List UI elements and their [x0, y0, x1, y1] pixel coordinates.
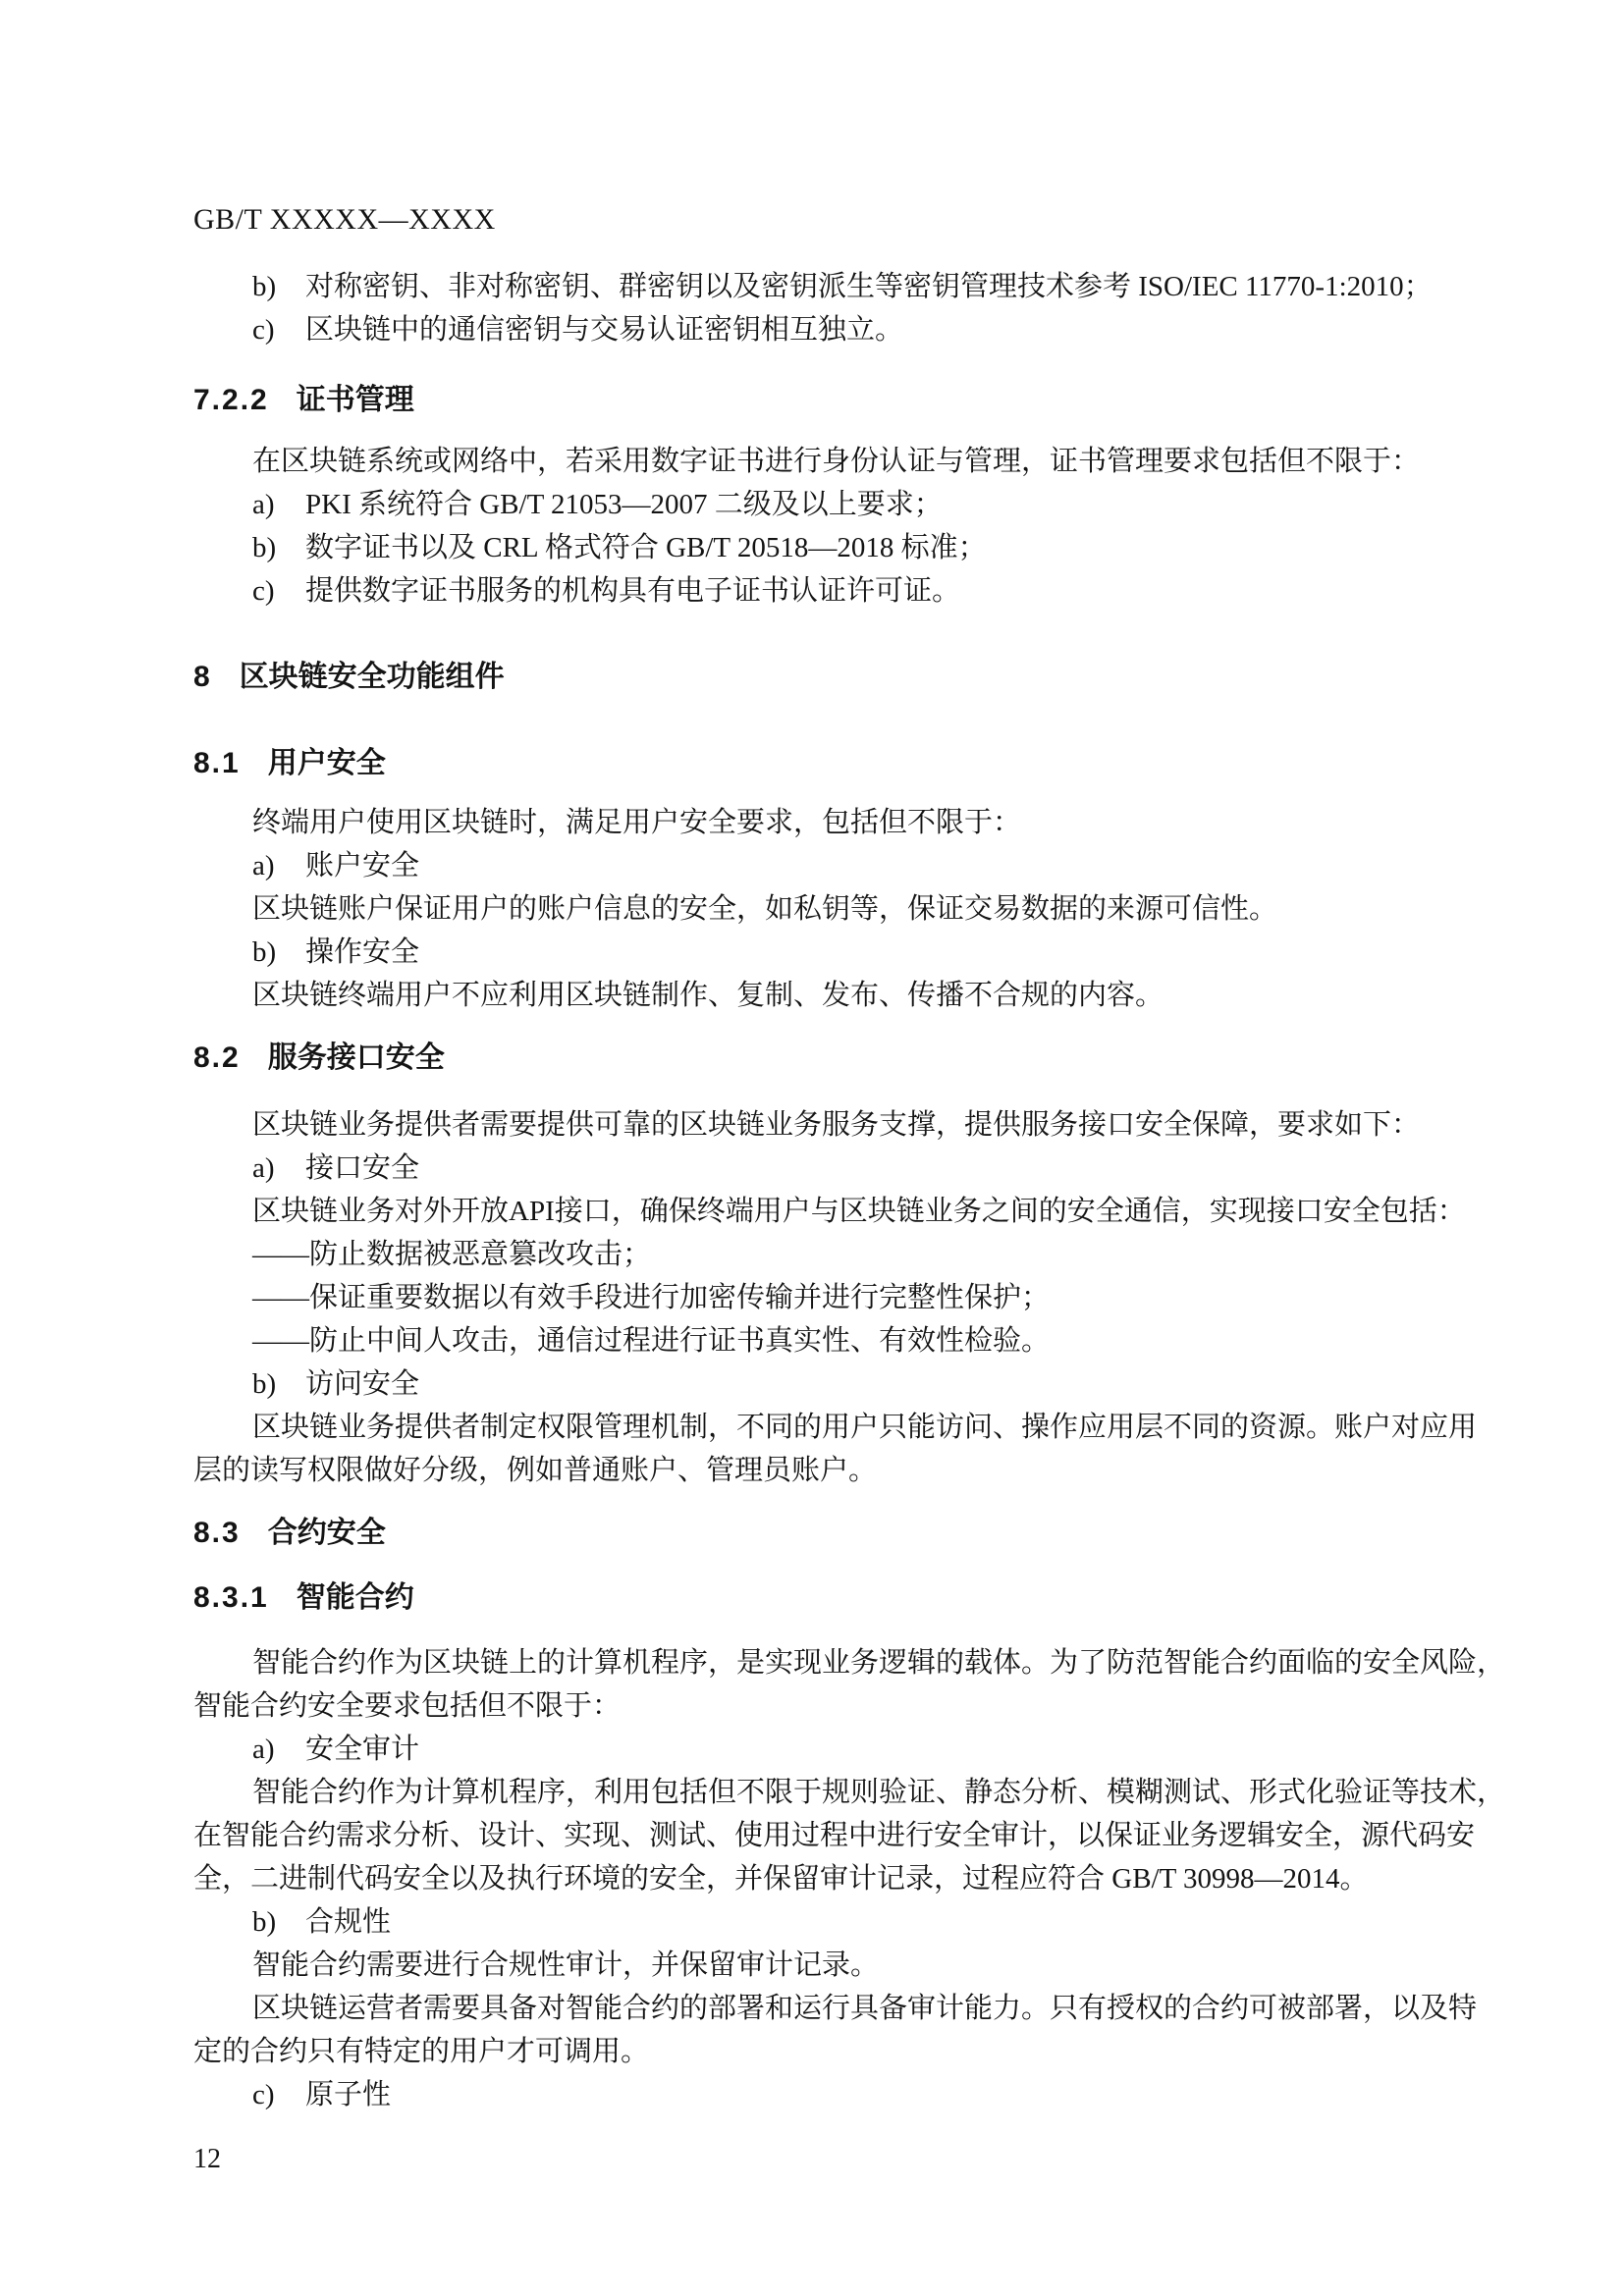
list-item-marker: a) [252, 1728, 305, 1771]
section-number: 8.3.1 [193, 1576, 269, 1620]
paragraph-line: 在智能合约需求分析、设计、实现、测试、使用过程中进行安全审计，以保证业务逻辑安全… [193, 1814, 1457, 1857]
list-item-text: 原子性 [305, 2079, 391, 2110]
paragraph-line: 区块链终端用户不应利用区块链制作、复制、发布、传播不合规的内容。 [193, 974, 1457, 1017]
paragraph-line: 智能合约需要进行合规性审计，并保留审计记录。 [193, 1944, 1457, 1987]
paragraph-line: 智能合约作为计算机程序，利用包括但不限于规则验证、静态分析、模糊测试、形式化验证… [193, 1771, 1457, 1814]
list-item: a)PKI 系统符合 GB/T 21053—2007 二级及以上要求； [193, 483, 1457, 526]
section-heading-7-2-2: 7.2.2证书管理 [193, 379, 1457, 422]
section-number: 8.2 [193, 1037, 241, 1080]
dash-list-item: ——保证重要数据以有效手段进行加密传输并进行完整性保护； [193, 1276, 1457, 1319]
section-number: 8.1 [193, 742, 241, 785]
section-heading-8-1: 8.1用户安全 [193, 742, 1457, 785]
paragraph-line: 区块链账户保证用户的账户信息的安全，如私钥等，保证交易数据的来源可信性。 [193, 887, 1457, 931]
list-item-text: 安全审计 [305, 1734, 419, 1765]
section-heading-8-3-1: 8.3.1智能合约 [193, 1576, 1457, 1620]
list-item-marker: c) [252, 2073, 305, 2116]
paragraph-line: 在区块链系统或网络中，若采用数字证书进行身份认证与管理，证书管理要求包括但不限于… [193, 440, 1457, 483]
paragraph-line: 区块链运营者需要具备对智能合约的部署和运行具备审计能力。只有授权的合约可被部署，… [193, 1987, 1457, 2030]
section-number: 8.3 [193, 1512, 241, 1555]
paragraph-line: 区块链业务对外开放API接口，确保终端用户与区块链业务之间的安全通信，实现接口安… [193, 1190, 1457, 1233]
chapter-heading-8: 8区块链安全功能组件 [193, 656, 1457, 699]
section-title: 用户安全 [268, 747, 386, 779]
list-item-text: 接口安全 [305, 1152, 419, 1184]
page-number: 12 [193, 2138, 1457, 2181]
list-item-marker: b) [252, 1362, 305, 1406]
chapter-title: 区块链安全功能组件 [240, 661, 505, 693]
standard-number-header: GB/T XXXXX—XXXX [193, 198, 1457, 241]
paragraph-line: 区块链业务提供者需要提供可靠的区块链业务服务支撑，提供服务接口安全保障，要求如下… [193, 1103, 1457, 1147]
section-title: 合约安全 [268, 1517, 386, 1549]
list-item-text: 提供数字证书服务的机构具有电子证书认证许可证。 [305, 575, 960, 607]
list-item-marker: a) [252, 483, 305, 526]
section-title: 证书管理 [297, 384, 414, 416]
list-item-text: 数字证书以及 CRL 格式符合 GB/T 20518—2018 标准； [305, 532, 987, 563]
paragraph-line: 终端用户使用区块链时，满足用户安全要求，包括但不限于： [193, 801, 1457, 844]
list-item-text: 区块链中的通信密钥与交易认证密钥相互独立。 [305, 314, 903, 346]
list-item-marker: a) [252, 844, 305, 887]
dash-list-item: ——防止数据被恶意篡改攻击； [193, 1233, 1457, 1276]
section-number: 7.2.2 [193, 379, 269, 422]
list-item-marker: b) [252, 265, 305, 308]
list-item: a)接口安全 [193, 1147, 1457, 1190]
list-item: c)区块链中的通信密钥与交易认证密钥相互独立。 [193, 308, 1457, 351]
section-heading-8-3: 8.3合约安全 [193, 1512, 1457, 1555]
list-item: b)访问安全 [193, 1362, 1457, 1406]
list-item: b)对称密钥、非对称密钥、群密钥以及密钥派生等密钥管理技术参考 ISO/IEC … [193, 265, 1457, 308]
section-title: 服务接口安全 [268, 1041, 445, 1074]
list-item: a)安全审计 [193, 1728, 1457, 1771]
paragraph-line: 定的合约只有特定的用户才可调用。 [193, 2030, 1457, 2073]
section-title: 智能合约 [297, 1581, 414, 1614]
paragraph-line: 智能合约作为区块链上的计算机程序，是实现业务逻辑的载体。为了防范智能合约面临的安… [193, 1641, 1457, 1684]
list-item: b)数字证书以及 CRL 格式符合 GB/T 20518—2018 标准； [193, 526, 1457, 569]
list-item-marker: b) [252, 526, 305, 569]
list-item-marker: c) [252, 569, 305, 613]
list-item: b)合规性 [193, 1900, 1457, 1944]
list-item-marker: a) [252, 1147, 305, 1190]
list-item: b)操作安全 [193, 931, 1457, 974]
chapter-number: 8 [193, 656, 212, 699]
list-item-text: 访问安全 [305, 1368, 419, 1400]
list-item-marker: b) [252, 931, 305, 974]
paragraph-line: 全，二进制代码安全以及执行环境的安全，并保留审计记录，过程应符合 GB/T 30… [193, 1857, 1457, 1900]
document-page: GB/T XXXXX—XXXX b)对称密钥、非对称密钥、群密钥以及密钥派生等密… [0, 0, 1624, 2296]
list-item: c)原子性 [193, 2073, 1457, 2116]
list-item-marker: b) [252, 1900, 305, 1944]
list-item-text: 操作安全 [305, 936, 419, 968]
section-heading-8-2: 8.2服务接口安全 [193, 1037, 1457, 1080]
list-item-text: 对称密钥、非对称密钥、群密钥以及密钥派生等密钥管理技术参考 ISO/IEC 11… [305, 271, 1433, 302]
list-item: a)账户安全 [193, 844, 1457, 887]
paragraph-line: 智能合约安全要求包括但不限于： [193, 1684, 1457, 1728]
paragraph-line: 区块链业务提供者制定权限管理机制，不同的用户只能访问、操作应用层不同的资源。账户… [193, 1406, 1457, 1449]
list-item-text: 账户安全 [305, 850, 419, 881]
dash-list-item: ——防止中间人攻击，通信过程进行证书真实性、有效性检验。 [193, 1319, 1457, 1362]
list-item-marker: c) [252, 308, 305, 351]
list-item-text: 合规性 [305, 1906, 391, 1938]
paragraph-line: 层的读写权限做好分级，例如普通账户、管理员账户。 [193, 1449, 1457, 1492]
list-item: c)提供数字证书服务的机构具有电子证书认证许可证。 [193, 569, 1457, 613]
list-item-text: PKI 系统符合 GB/T 21053—2007 二级及以上要求； [305, 489, 943, 520]
